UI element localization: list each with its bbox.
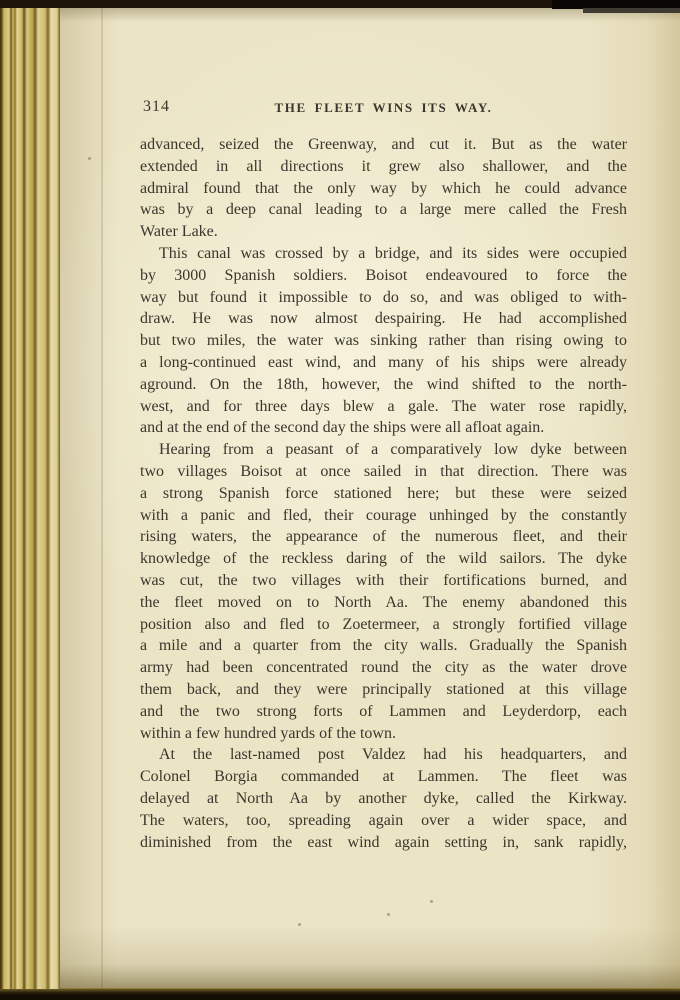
paper-speckle xyxy=(88,157,91,160)
text-line: way but found it impossible to do so, an… xyxy=(140,287,627,309)
text-line: knowledge of the reckless daring of the … xyxy=(140,548,627,570)
page-number: 314 xyxy=(143,98,170,116)
text-line: position also and fled to Zoetermeer, a … xyxy=(140,614,627,636)
text-line: draw. He was now almost despairing. He h… xyxy=(140,308,627,330)
text-line: extended in all directions it grew also … xyxy=(140,156,627,178)
text-line: Water Lake. xyxy=(140,221,627,243)
text-line: Hearing from a peasant of a comparativel… xyxy=(140,439,627,461)
text-line: At the last-named post Valdez had his he… xyxy=(140,744,627,766)
text-line: with a panic and fled, their courage unh… xyxy=(140,505,627,527)
text-line: advanced, seized the Greenway, and cut i… xyxy=(140,134,627,156)
text-line: by 3000 Spanish soldiers. Boisot endeavo… xyxy=(140,265,627,287)
text-line: This canal was crossed by a bridge, and … xyxy=(140,243,627,265)
paper-speckle xyxy=(387,913,390,916)
text-line: army had been concentrated round the cit… xyxy=(140,657,627,679)
paper-speckle xyxy=(430,900,433,903)
page-edge-stack xyxy=(0,2,60,992)
text-line: a strong Spanish force stationed here; b… xyxy=(140,483,627,505)
text-line: diminished from the east wind again sett… xyxy=(140,832,627,854)
text-line: Colonel Borgia commanded at Lammen. The … xyxy=(140,766,627,788)
text-line: admiral found that the only way by which… xyxy=(140,178,627,200)
page-header: 314 THE FLEET WINS ITS WAY. xyxy=(140,97,627,117)
photo-frame-top-right-shadow xyxy=(583,8,680,13)
text-line: but two miles, the water was sinking rat… xyxy=(140,330,627,352)
book-page: 314 THE FLEET WINS ITS WAY. advanced, se… xyxy=(58,7,680,989)
text-line: rising waters, the appearance of the num… xyxy=(140,526,627,548)
text-line: a mile and a quarter from the city walls… xyxy=(140,635,627,657)
text-line: west, and for three days blew a gale. Th… xyxy=(140,396,627,418)
page-crease xyxy=(101,7,103,988)
text-line: and the two strong forts of Lammen and L… xyxy=(140,701,627,723)
text-line: was cut, the two villages with their for… xyxy=(140,570,627,592)
text-line: The waters, too, spreading again over a … xyxy=(140,810,627,832)
text-line: within a few hundred yards of the town. xyxy=(140,723,627,745)
text-line: two villages Boisot at once sailed in th… xyxy=(140,461,627,483)
page-content: 314 THE FLEET WINS ITS WAY. advanced, se… xyxy=(140,97,627,853)
text-line: the fleet moved on to North Aa. The enem… xyxy=(140,592,627,614)
photo-frame-bottom xyxy=(0,989,680,1000)
text-line: delayed at North Aa by another dyke, cal… xyxy=(140,788,627,810)
running-header: THE FLEET WINS ITS WAY. xyxy=(140,97,627,116)
page-body: advanced, seized the Greenway, and cut i… xyxy=(140,134,627,853)
text-line: them back, and they were principally sta… xyxy=(140,679,627,701)
text-line: aground. On the 18th, however, the wind … xyxy=(140,374,627,396)
text-line: was by a deep canal leading to a large m… xyxy=(140,199,627,221)
paper-speckle xyxy=(298,923,301,926)
book-photo: 314 THE FLEET WINS ITS WAY. advanced, se… xyxy=(0,0,680,1000)
text-line: a long-continued east wind, and many of … xyxy=(140,352,627,374)
text-line: and at the end of the second day the shi… xyxy=(140,417,627,439)
